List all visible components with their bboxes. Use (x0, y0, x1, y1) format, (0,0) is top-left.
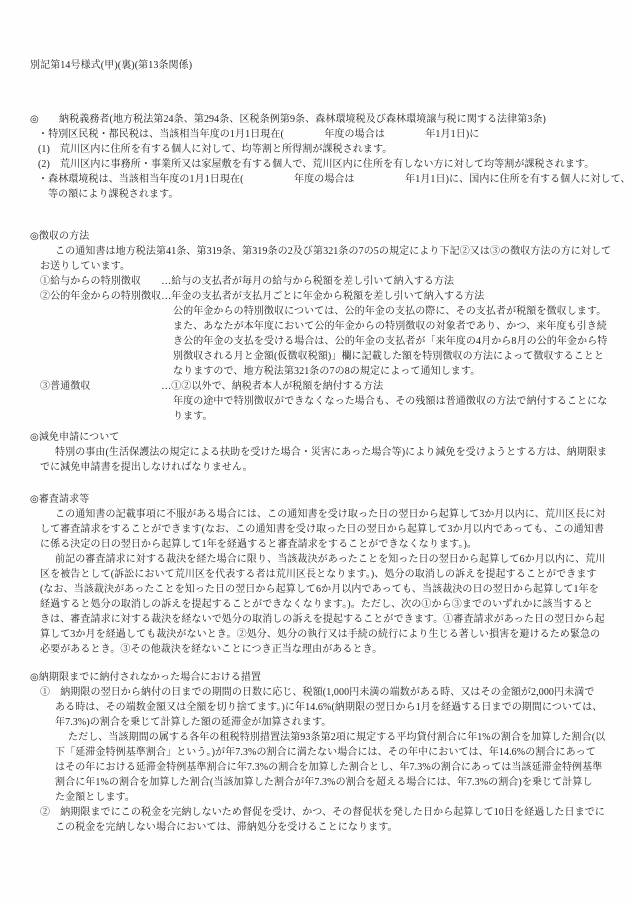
form-number-label: 別記第14号様式(甲)(裏)(第13条関係) (30, 58, 612, 73)
text-line: この税金を完納しない場合においては、滞納処分を受けることになります。 (55, 820, 612, 835)
section-late-payment-measures: ◎納期限までに納付されなかった場合における措置 ① 納期限の翌日から納付の日まで… (30, 670, 612, 835)
text-line: この通知書の記載事項に不服がある場合には、この通知書を受け取った日の翌日から起算… (55, 507, 612, 522)
text-line: 必要があるとき。③その他裁決を経ないことにつき正当な理由があるとき。 (40, 642, 612, 657)
section-taxpayer: ◎ 納税義務者(地方税法第24条、第294条、区税条例第9条、森林環境税及び森林… (30, 112, 612, 202)
text-line: また、あなたが本年度において公的年金からの特別徴収の対象者であり、かつ、来年度も… (173, 319, 612, 334)
text-line: 経過すると処分の取消しの訴えを提起することができなくなります。)。ただし、次の①… (40, 597, 612, 612)
text-line: この通知書は地方税法第41条、第319条、第319条の2及び第321条の7の5の… (55, 244, 612, 259)
section-heading: ◎審査請求等 (30, 492, 612, 507)
text-line: 算して3か月を経過しても裁決がないとき。②処分、処分の執行又は手続の続行により生… (40, 627, 612, 642)
text-line: 前記の審査請求に対する裁決を経た場合に限り、当該裁決があったことを知った日の翌日… (55, 552, 612, 567)
text-line: 年度の途中で特別徴収ができなくなった場合も、その残額は普通徴収の方法で納付するこ… (173, 394, 612, 409)
text-line: ① 納期限の翌日から納付の日までの期間の日数に応じ、税額(1,000円未満の端数… (40, 685, 612, 700)
section-appeal-request: ◎審査請求等 この通知書の記載事項に不服がある場合には、この通知書を受け取った日… (30, 492, 612, 657)
section-heading: ◎徴収の方法 (30, 229, 612, 244)
text-line: ただし、当該期間の属する各年の租税特別措置法第93条第2項に規定する平均貸付割合… (68, 730, 612, 745)
text-line: でに減免申請書を提出しなければなりません。 (40, 460, 612, 475)
text-line: に係る決定の日の翌日から起算して1年を経過すると審査請求をすることができなくなり… (40, 537, 612, 552)
text-line: ある時は、その端数金額又は全額を切り捨てます。)に年14.6%(納期限の翌日から… (55, 700, 612, 715)
text-line: なりますので、地方税法第321条の7の8の規定によって通知します。 (173, 364, 612, 379)
text-line: 下「延滞金特例基準割合」という。)が年7.3%の割合に満たない場合には、その年中… (55, 745, 612, 760)
text-line: 公的年金からの特別徴収については、公的年金の支払の際に、その支払者が税額を徴収し… (173, 304, 612, 319)
text-line: た金額とします。 (55, 790, 612, 805)
text-line: お送りしています。 (40, 259, 612, 274)
text-line: 等の額により課税されます。 (48, 187, 612, 202)
text-line: ② 納期限までにこの税金を完納しないため督促を受け、かつ、その督促状を発した日か… (40, 805, 612, 820)
text-line: 割合に年1%の割合を加算した割合(当該加算した割合が年7.3%の割合を超える場合… (55, 775, 612, 790)
text-line: して審査請求をすることができます(なお、この通知書を受け取った日の翌日から起算し… (40, 522, 612, 537)
text-line: 年7.3%)の割合を乗じて計算した額の延滞金が加算されます。 (55, 715, 612, 730)
text-line: 特別の事由(生活保護法の規定による扶助を受けた場合・災害にあった場合等)により減… (55, 445, 612, 460)
text-line: はその年における延滞金特例基準割合に年7.3%の割合を加算した割合とし、年7.3… (55, 760, 612, 775)
text-line: (1) 荒川区内に住所を有する個人に対して、均等割と所得割が課税されます。 (38, 142, 612, 157)
section-collection-method: ◎徴収の方法 この通知書は地方税法第41条、第319条、第319条の2及び第32… (30, 229, 612, 424)
text-line: ②公的年金からの特別徴収…年金の支払者が支払月ごとに年金から税額を差し引いて納入… (40, 289, 612, 304)
section-heading: ◎納期限までに納付されなかった場合における措置 (30, 670, 612, 685)
section-exemption-application: ◎減免申請について 特別の事由(生活保護法の規定による扶助を受けた場合・災害にあ… (30, 430, 612, 475)
document-page: 別記第14号様式(甲)(裏)(第13条関係) ◎ 納税義務者(地方税法第24条、… (0, 0, 630, 903)
text-line: 別徴収される月と金額(仮徴収税額)」欄に記載した額を特別徴収の方法によって徴収す… (173, 349, 612, 364)
section-heading: ◎ 納税義務者(地方税法第24条、第294条、区税条例第9条、森林環境税及び森林… (30, 112, 612, 127)
text-line: 区を被告として(訴訟において荒川区を代表する者は荒川区長となります。)、処分の取… (40, 567, 612, 582)
text-line: きは、審査請求に対する裁決を経ないで処分の取消しの訴えを提起することができます。… (40, 612, 612, 627)
text-line: ・特別区民税・都民税は、当該相当年度の1月1日現在( 年度の場合は 年1月1日)… (38, 127, 612, 142)
text-line: ります。 (173, 409, 612, 424)
text-line: ・森林環境税は、当該相当年度の1月1日現在( 年度の場合は 年1月1日)に、国内… (38, 172, 612, 187)
text-line: (2) 荒川区内に事務所・事業所又は家屋敷を有する個人で、荒川区内に住所を有しな… (38, 157, 612, 172)
text-line: き公的年金の支払を受ける場合は、公的年金の支払者が「来年度の4月から8月の公的年… (173, 334, 612, 349)
text-line: ①給与からの特別徴収 …給与の支払者が毎月の給与から税額を差し引いて納入する方法 (40, 274, 612, 289)
text-line: ③普通徴収 …①②以外で、納税者本人が税額を納付する方法 (40, 379, 612, 394)
text-line: (なお、当該裁決があったことを知った日の翌日から起算して6か月以内であっても、当… (40, 582, 612, 597)
section-heading: ◎減免申請について (30, 430, 612, 445)
